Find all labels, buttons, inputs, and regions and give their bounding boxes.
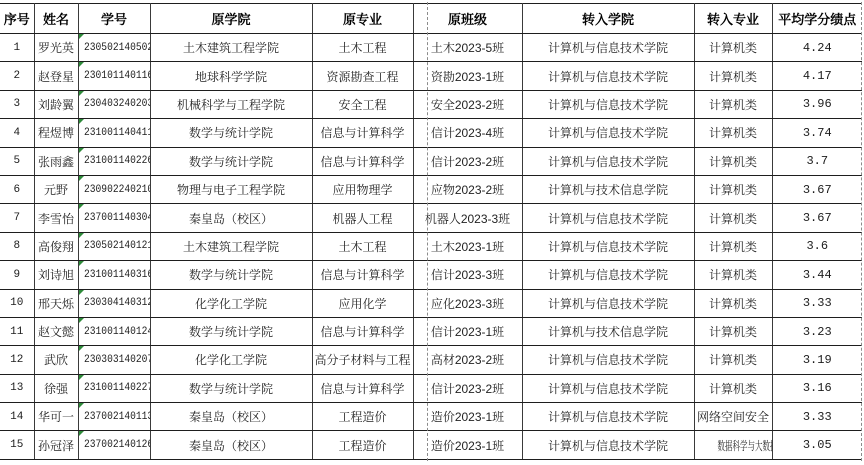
cell-value: 231001140411	[84, 127, 150, 139]
cell-orig_class[interactable]: 高材2023-2班	[413, 346, 522, 374]
cell-gpa[interactable]: 3.96	[772, 90, 862, 118]
cell-value: 2	[13, 70, 20, 82]
cell-value: 张雨鑫	[38, 153, 74, 170]
cell-orig_major[interactable]: 工程造价	[312, 403, 413, 431]
table-row: 5张雨鑫231001140226数学与统计学院信息与计算科学信计2023-2班计…	[0, 147, 862, 175]
cell-index[interactable]: 9	[0, 261, 34, 289]
cell-orig_major[interactable]: 工程造价	[312, 431, 413, 459]
table-row: 1罗光英230502140502土木建筑工程学院土木工程土木2023-5班计算机…	[0, 34, 862, 62]
cell-orig_class[interactable]: 信计2023-2班	[413, 147, 522, 175]
cell-gpa[interactable]: 3.05	[772, 431, 862, 459]
cell-dest_college[interactable]: 计算机与信息技术学院	[522, 374, 694, 402]
cell-value: 土木建筑工程学院	[183, 39, 279, 56]
cell-value: 秦皇岛（校区）	[189, 437, 273, 454]
cell-gpa[interactable]: 4.17	[772, 62, 862, 90]
column-header-name[interactable]: 姓名	[34, 4, 78, 34]
cell-orig_college[interactable]: 地球科学学院	[150, 62, 312, 90]
column-header-dest-college[interactable]: 转入学院	[522, 4, 694, 34]
cell-orig_major[interactable]: 信息与计算科学	[312, 317, 413, 345]
cell-value: 3.33	[803, 410, 832, 424]
cell-value: 信息与计算科学	[320, 153, 404, 170]
cell-name[interactable]: 赵登星	[34, 62, 78, 90]
cell-gpa[interactable]: 3.74	[772, 119, 862, 147]
column-header-gpa[interactable]: 平均学分绩点	[772, 4, 862, 34]
number-stored-as-text-indicator-icon	[79, 148, 84, 153]
cell-value: 230304140312	[84, 297, 150, 309]
cell-value: 土木工程	[338, 238, 386, 255]
cell-dest_major[interactable]: 数据科学与大数据技术	[694, 431, 772, 459]
cell-value: 土木工程	[338, 39, 386, 56]
cell-orig_college[interactable]: 秦皇岛（校区）	[150, 431, 312, 459]
cell-value: 李雪怡	[38, 210, 74, 227]
cell-value: 231001140316	[84, 269, 150, 281]
column-header-index[interactable]: 序号	[0, 4, 34, 34]
cell-value: 信息与计算科学	[320, 124, 404, 141]
cell-gpa[interactable]: 3.67	[772, 204, 862, 232]
cell-value: 3.96	[803, 97, 832, 111]
cell-value: 计算机与信息技术学院	[548, 39, 668, 56]
cell-value: 3.44	[803, 268, 832, 282]
cell-name[interactable]: 孙冠泽	[34, 431, 78, 459]
cell-value: 计算机与信息技术学院	[548, 351, 668, 368]
cell-orig_class[interactable]: 机器人2023-3班	[413, 204, 522, 232]
cell-gpa[interactable]: 3.7	[772, 147, 862, 175]
cell-value: 赵文懿	[38, 323, 74, 340]
cell-value: 机械科学与工程学院	[177, 96, 285, 113]
cell-orig_major[interactable]: 信息与计算科学	[312, 261, 413, 289]
cell-value: 计算机类	[709, 210, 757, 227]
column-header-orig-college[interactable]: 原学院	[150, 4, 312, 34]
cell-value: 信计2023-4班	[431, 124, 504, 141]
cell-value: 3.6	[806, 239, 828, 253]
cell-value: 7	[13, 212, 20, 224]
cell-gpa[interactable]: 3.33	[772, 403, 862, 431]
number-stored-as-text-indicator-icon	[79, 204, 84, 209]
column-header-label: 原学院	[211, 9, 250, 28]
cell-value: 计算机与信息技术学院	[548, 238, 668, 255]
cell-dest_major[interactable]: 计算机类	[694, 62, 772, 90]
cell-dest_major[interactable]: 计算机类	[694, 175, 772, 203]
cell-student_id[interactable]: 231001140411	[78, 119, 150, 147]
cell-value: 230502140121	[84, 240, 150, 252]
cell-value: 高分子材料与工程	[314, 351, 410, 368]
cell-value: 3	[13, 98, 20, 110]
number-stored-as-text-indicator-icon	[79, 431, 84, 436]
cell-value: 信息与计算科学	[320, 323, 404, 340]
cell-gpa[interactable]: 3.16	[772, 374, 862, 402]
cell-value: 华可一	[38, 408, 74, 425]
cell-gpa[interactable]: 3.19	[772, 346, 862, 374]
cell-index[interactable]: 6	[0, 175, 34, 203]
cell-dest_college[interactable]: 计算机与信息技术学院	[522, 261, 694, 289]
transfer-students-table: 序号 姓名 学号 原学院 原专业 原班级 转入学院 转入专业 平均学分绩点 1罗…	[0, 3, 862, 460]
cell-value: 237002140113	[84, 411, 150, 423]
cell-value: 3.67	[803, 183, 832, 197]
number-stored-as-text-indicator-icon	[79, 403, 84, 408]
cell-dest_major[interactable]: 网络空间安全	[694, 403, 772, 431]
cell-value: 造价2023-1班	[431, 437, 504, 454]
cell-gpa[interactable]: 3.67	[772, 175, 862, 203]
cell-value: 计算机与信息技术学院	[548, 295, 668, 312]
cell-value: 230403240203	[84, 98, 150, 110]
cell-index[interactable]: 12	[0, 346, 34, 374]
cell-value: 徐强	[44, 380, 68, 397]
cell-value: 数学与统计学院	[189, 380, 273, 397]
cell-value: 13	[10, 382, 23, 394]
cell-value: 资源勘查工程	[326, 68, 398, 85]
cell-dest_college[interactable]: 计算机与信息技术学院	[522, 119, 694, 147]
cell-value: 数学与统计学院	[189, 323, 273, 340]
cell-name[interactable]: 高俊翔	[34, 232, 78, 260]
cell-student_id[interactable]: 230502140121	[78, 232, 150, 260]
cell-value: 计算机与信息技术学院	[548, 437, 668, 454]
cell-value: 计算机与信息技术学院	[548, 210, 668, 227]
cell-value: 秦皇岛（校区）	[189, 210, 273, 227]
cell-value: 化学化工学院	[195, 351, 267, 368]
cell-orig_college[interactable]: 化学化工学院	[150, 346, 312, 374]
cell-value: 高材2023-2班	[431, 351, 504, 368]
cell-orig_college[interactable]: 数学与统计学院	[150, 374, 312, 402]
spreadsheet-area: 序号 姓名 学号 原学院 原专业 原班级 转入学院 转入专业 平均学分绩点 1罗…	[0, 0, 864, 465]
cell-index[interactable]: 3	[0, 90, 34, 118]
cell-orig_college[interactable]: 土木建筑工程学院	[150, 34, 312, 62]
cell-value: 3.05	[803, 438, 832, 452]
cell-value: 9	[13, 269, 20, 281]
cell-dest_major[interactable]: 计算机类	[694, 346, 772, 374]
cell-name[interactable]: 武欣	[34, 346, 78, 374]
cell-value: 计算机类	[709, 39, 757, 56]
cell-dest_major[interactable]: 计算机类	[694, 374, 772, 402]
column-header-label: 序号	[4, 9, 30, 28]
cell-value: 计算机类	[709, 96, 757, 113]
cell-orig_class[interactable]: 信计2023-3班	[413, 261, 522, 289]
cell-value: 3.7	[806, 154, 828, 168]
cell-value: 计算机与信息技术学院	[548, 380, 668, 397]
cell-orig_major[interactable]: 应用物理学	[312, 175, 413, 203]
cell-student_id[interactable]: 231001140227	[78, 374, 150, 402]
cell-student_id[interactable]: 230101140116	[78, 62, 150, 90]
cell-value: 信计2023-2班	[431, 153, 504, 170]
cell-orig_class[interactable]: 应物2023-2班	[413, 175, 522, 203]
cell-index[interactable]: 13	[0, 374, 34, 402]
cell-value: 工程造价	[338, 408, 386, 425]
cell-value: 数据科学与大数据技术	[717, 437, 772, 454]
table-row: 13徐强231001140227数学与统计学院信息与计算科学信计2023-2班计…	[0, 374, 862, 402]
cell-student_id[interactable]: 230502140502	[78, 34, 150, 62]
cell-value: 秦皇岛（校区）	[189, 408, 273, 425]
cell-dest_college[interactable]: 计算机与信息技术学院	[522, 147, 694, 175]
table-row: 4程煜博231001140411数学与统计学院信息与计算科学信计2023-4班计…	[0, 119, 862, 147]
cell-value: 工程造价	[338, 437, 386, 454]
cell-value: 程煜博	[38, 124, 74, 141]
cell-value: 数学与统计学院	[189, 153, 273, 170]
cell-value: 计算机与信息技术学院	[548, 96, 668, 113]
cell-dest_college[interactable]: 计算机与信息技术学院	[522, 232, 694, 260]
cell-value: 信计2023-2班	[431, 380, 504, 397]
cell-orig_college[interactable]: 化学化工学院	[150, 289, 312, 317]
table-row: 7李雪怡237001140304秦皇岛（校区）机器人工程机器人2023-3班计算…	[0, 204, 862, 232]
table-row: 3刘龄翼230403240203机械科学与工程学院安全工程安全2023-2班计算…	[0, 90, 862, 118]
table-row: 8高俊翔230502140121土木建筑工程学院土木工程土木2023-1班计算机…	[0, 232, 862, 260]
cell-value: 数学与统计学院	[189, 124, 273, 141]
cell-value: 数学与统计学院	[189, 266, 273, 283]
cell-orig_major[interactable]: 土木工程	[312, 232, 413, 260]
cell-value: 计算机类	[709, 238, 757, 255]
cell-student_id[interactable]: 230403240203	[78, 90, 150, 118]
cell-dest_major[interactable]: 计算机类	[694, 204, 772, 232]
cell-dest_college[interactable]: 计算机与技术信息学院	[522, 175, 694, 203]
cell-gpa[interactable]: 3.23	[772, 317, 862, 345]
cell-orig_class[interactable]: 应化2023-3班	[413, 289, 522, 317]
number-stored-as-text-indicator-icon	[79, 346, 84, 351]
cell-dest_college[interactable]: 计算机与信息技术学院	[522, 90, 694, 118]
cell-value: 计算机与技术信息学院	[548, 323, 668, 340]
column-header-label: 原班级	[448, 9, 487, 28]
cell-value: 237002140126	[84, 439, 150, 451]
table-row: 6元野230902240210物理与电子工程学院应用物理学应物2023-2班计算…	[0, 175, 862, 203]
cell-name[interactable]: 张雨鑫	[34, 147, 78, 175]
cell-dest_major[interactable]: 计算机类	[694, 34, 772, 62]
cell-value: 赵登星	[38, 68, 74, 85]
cell-value: 刘龄翼	[38, 96, 74, 113]
table-row: 15孙冠泽237002140126秦皇岛（校区）工程造价造价2023-1班计算机…	[0, 431, 862, 459]
cell-dest_major[interactable]: 计算机类	[694, 90, 772, 118]
number-stored-as-text-indicator-icon	[79, 233, 84, 238]
cell-orig_major[interactable]: 高分子材料与工程	[312, 346, 413, 374]
cell-dest_college[interactable]: 计算机与信息技术学院	[522, 34, 694, 62]
cell-dest_major[interactable]: 计算机类	[694, 317, 772, 345]
cell-value: 土木建筑工程学院	[183, 238, 279, 255]
column-header-label: 姓名	[43, 9, 69, 28]
cell-student_id[interactable]: 230304140312	[78, 289, 150, 317]
number-stored-as-text-indicator-icon	[79, 62, 84, 67]
cell-value: 计算机类	[709, 68, 757, 85]
cell-dest_college[interactable]: 计算机与信息技术学院	[522, 346, 694, 374]
cell-value: 信计2023-3班	[431, 266, 504, 283]
cell-value: 计算机与信息技术学院	[548, 68, 668, 85]
cell-dest_college[interactable]: 计算机与信息技术学院	[522, 403, 694, 431]
cell-orig_college[interactable]: 数学与统计学院	[150, 261, 312, 289]
cell-value: 231001140226	[84, 155, 150, 167]
cell-name[interactable]: 邢天烁	[34, 289, 78, 317]
cell-orig_major[interactable]: 信息与计算科学	[312, 119, 413, 147]
cell-value: 孙冠泽	[38, 437, 74, 454]
cell-value: 11	[10, 326, 23, 338]
cell-value: 计算机与技术信息学院	[548, 181, 668, 198]
cell-index[interactable]: 1	[0, 34, 34, 62]
cell-value: 计算机与信息技术学院	[548, 408, 668, 425]
cell-index[interactable]: 14	[0, 403, 34, 431]
cell-dest_college[interactable]: 计算机与信息技术学院	[522, 62, 694, 90]
cell-index[interactable]: 10	[0, 289, 34, 317]
cell-value: 3.67	[803, 211, 832, 225]
cell-value: 230303140207	[84, 354, 150, 366]
column-header-orig-major[interactable]: 原专业	[312, 4, 413, 34]
cell-index[interactable]: 4	[0, 119, 34, 147]
cell-value: 应化2023-3班	[431, 295, 504, 312]
cell-gpa[interactable]: 4.24	[772, 34, 862, 62]
cell-value: 计算机类	[709, 351, 757, 368]
cell-student_id[interactable]: 237002140126	[78, 431, 150, 459]
table-row: 14华可一237002140113秦皇岛（校区）工程造价造价2023-1班计算机…	[0, 403, 862, 431]
cell-value: 应物2023-2班	[431, 181, 504, 198]
cell-value: 10	[10, 297, 23, 309]
cell-gpa[interactable]: 3.44	[772, 261, 862, 289]
cell-name[interactable]: 刘诗旭	[34, 261, 78, 289]
header-row: 序号 姓名 学号 原学院 原专业 原班级 转入学院 转入专业 平均学分绩点	[0, 4, 862, 34]
cell-student_id[interactable]: 230902240210	[78, 175, 150, 203]
cell-orig_major[interactable]: 安全工程	[312, 90, 413, 118]
cell-value: 信计2023-1班	[431, 323, 504, 340]
cell-value: 应用物理学	[332, 181, 392, 198]
cell-value: 231001140227	[84, 382, 150, 394]
cell-value: 计算机与信息技术学院	[548, 153, 668, 170]
cell-name[interactable]: 华可一	[34, 403, 78, 431]
cell-value: 6	[13, 184, 20, 196]
cell-dest_major[interactable]: 计算机类	[694, 147, 772, 175]
number-stored-as-text-indicator-icon	[79, 261, 84, 266]
cell-value: 计算机类	[709, 295, 757, 312]
column-header-label: 转入学院	[582, 9, 634, 28]
cell-orig_class[interactable]: 信计2023-4班	[413, 119, 522, 147]
cell-dest_college[interactable]: 计算机与信息技术学院	[522, 431, 694, 459]
cell-value: 计算机类	[709, 380, 757, 397]
cell-value: 237001140304	[84, 212, 150, 224]
cell-orig_major[interactable]: 信息与计算科学	[312, 374, 413, 402]
cell-dest_major[interactable]: 计算机类	[694, 261, 772, 289]
cell-name[interactable]: 元野	[34, 175, 78, 203]
cell-orig_college[interactable]: 数学与统计学院	[150, 317, 312, 345]
cell-dest_college[interactable]: 计算机与信息技术学院	[522, 204, 694, 232]
cell-value: 3.23	[803, 325, 832, 339]
cell-dest_college[interactable]: 计算机与信息技术学院	[522, 289, 694, 317]
cell-index[interactable]: 11	[0, 317, 34, 345]
cell-name[interactable]: 李雪怡	[34, 204, 78, 232]
cell-value: 3.16	[803, 381, 832, 395]
cell-value: 15	[10, 439, 23, 451]
cell-orig_major[interactable]: 资源勘查工程	[312, 62, 413, 90]
cell-dest_major[interactable]: 计算机类	[694, 232, 772, 260]
cell-orig_college[interactable]: 秦皇岛（校区）	[150, 204, 312, 232]
cell-name[interactable]: 赵文懿	[34, 317, 78, 345]
cell-value: 化学化工学院	[195, 295, 267, 312]
cell-orig_college[interactable]: 物理与电子工程学院	[150, 175, 312, 203]
cell-value: 230502140502	[84, 42, 150, 54]
cell-value: 4	[13, 127, 20, 139]
cell-value: 物理与电子工程学院	[177, 181, 285, 198]
cell-name[interactable]: 刘龄翼	[34, 90, 78, 118]
cell-orig_class[interactable]: 土木2023-1班	[413, 232, 522, 260]
cell-value: 12	[10, 354, 23, 366]
cell-orig_major[interactable]: 土木工程	[312, 34, 413, 62]
cell-orig_major[interactable]: 应用化学	[312, 289, 413, 317]
cell-orig_class[interactable]: 信计2023-2班	[413, 374, 522, 402]
cell-gpa[interactable]: 3.33	[772, 289, 862, 317]
cell-dest_major[interactable]: 计算机类	[694, 289, 772, 317]
column-header-label: 原专业	[343, 9, 382, 28]
table-body: 1罗光英230502140502土木建筑工程学院土木工程土木2023-5班计算机…	[0, 34, 862, 460]
cell-orig_class[interactable]: 造价2023-1班	[413, 403, 522, 431]
column-header-label: 学号	[101, 9, 127, 28]
cell-value: 计算机类	[709, 124, 757, 141]
cell-value: 231001140124	[84, 326, 150, 338]
cell-orig_college[interactable]: 数学与统计学院	[150, 147, 312, 175]
cell-student_id[interactable]: 231001140316	[78, 261, 150, 289]
cell-orig_college[interactable]: 机械科学与工程学院	[150, 90, 312, 118]
column-header-dest-major[interactable]: 转入专业	[694, 4, 772, 34]
cell-value: 计算机与信息技术学院	[548, 124, 668, 141]
cell-student_id[interactable]: 231001140226	[78, 147, 150, 175]
cell-value: 罗光英	[38, 39, 74, 56]
cell-orig_major[interactable]: 信息与计算科学	[312, 147, 413, 175]
cell-orig_college[interactable]: 土木建筑工程学院	[150, 232, 312, 260]
cell-name[interactable]: 罗光英	[34, 34, 78, 62]
cell-value: 地球科学学院	[195, 68, 267, 85]
cell-orig_major[interactable]: 机器人工程	[312, 204, 413, 232]
cell-orig_college[interactable]: 数学与统计学院	[150, 119, 312, 147]
cell-index[interactable]: 8	[0, 232, 34, 260]
cell-orig_class[interactable]: 造价2023-1班	[413, 431, 522, 459]
number-stored-as-text-indicator-icon	[79, 176, 84, 181]
cell-orig_class[interactable]: 信计2023-1班	[413, 317, 522, 345]
cell-name[interactable]: 程煜博	[34, 119, 78, 147]
cell-student_id[interactable]: 237002140113	[78, 403, 150, 431]
cell-index[interactable]: 2	[0, 62, 34, 90]
cell-value: 3.19	[803, 353, 832, 367]
cell-name[interactable]: 徐强	[34, 374, 78, 402]
cell-dest_college[interactable]: 计算机与技术信息学院	[522, 317, 694, 345]
number-stored-as-text-indicator-icon	[79, 318, 84, 323]
cell-student_id[interactable]: 237001140304	[78, 204, 150, 232]
cell-value: 4.24	[803, 41, 832, 55]
cell-value: 应用化学	[338, 295, 386, 312]
cell-student_id[interactable]: 231001140124	[78, 317, 150, 345]
number-stored-as-text-indicator-icon	[79, 290, 84, 295]
cell-value: 土木2023-5班	[431, 39, 504, 56]
cell-value: 计算机类	[709, 266, 757, 283]
cell-orig_class[interactable]: 安全2023-2班	[413, 90, 522, 118]
cell-index[interactable]: 15	[0, 431, 34, 459]
table-row: 11赵文懿231001140124数学与统计学院信息与计算科学信计2023-1班…	[0, 317, 862, 345]
cell-index[interactable]: 5	[0, 147, 34, 175]
cell-index[interactable]: 7	[0, 204, 34, 232]
table-row: 2赵登星230101140116地球科学学院资源勘查工程资勘2023-1班计算机…	[0, 62, 862, 90]
cell-orig_class[interactable]: 土木2023-5班	[413, 34, 522, 62]
number-stored-as-text-indicator-icon	[79, 91, 84, 96]
column-header-label: 转入专业	[707, 9, 759, 28]
cell-value: 邢天烁	[38, 295, 74, 312]
cell-orig_college[interactable]: 秦皇岛（校区）	[150, 403, 312, 431]
column-header-orig-class[interactable]: 原班级	[413, 4, 522, 34]
cell-value: 计算机与信息技术学院	[548, 266, 668, 283]
cell-value: 刘诗旭	[38, 266, 74, 283]
cell-value: 230902240210	[84, 184, 150, 196]
cell-value: 14	[10, 411, 23, 423]
column-header-label: 平均学分绩点	[778, 9, 856, 28]
cell-value: 网络空间安全	[697, 408, 769, 425]
cell-value: 3.74	[803, 126, 832, 140]
cell-student_id[interactable]: 230303140207	[78, 346, 150, 374]
cell-dest_major[interactable]: 计算机类	[694, 119, 772, 147]
cell-value: 资勘2023-1班	[431, 68, 504, 85]
cell-value: 8	[13, 240, 20, 252]
column-header-student-id[interactable]: 学号	[78, 4, 150, 34]
cell-orig_class[interactable]: 资勘2023-1班	[413, 62, 522, 90]
cell-value: 造价2023-1班	[431, 408, 504, 425]
cell-value: 信息与计算科学	[320, 380, 404, 397]
cell-value: 土木2023-1班	[431, 238, 504, 255]
cell-gpa[interactable]: 3.6	[772, 232, 862, 260]
